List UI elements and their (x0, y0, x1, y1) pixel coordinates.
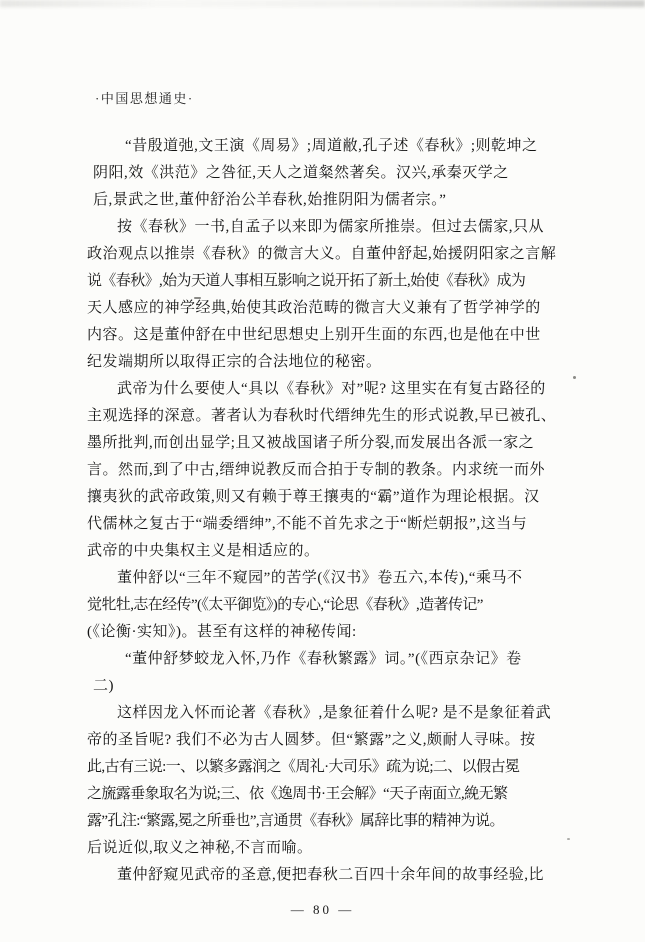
body-line: 帝的圣旨呢? 我们不必为古人圆梦。但“繁露”之义,颇耐人寻味。按 (87, 727, 560, 754)
body-line: 露”孔注:“繁露,冕之所垂也”,言通贯《春秋》属辞比事的精神为说。 (87, 808, 560, 835)
quote-line: 二) (93, 673, 560, 700)
body-line: 言。然而,到了中古,缙绅说教反而合拍于专制的教条。内求统一而外 (87, 457, 560, 484)
body-line: 政治观点以推崇《春秋》的微言大义。自董仲舒起,始援阴阳家之言解 (87, 241, 560, 268)
scan-artifact-top (0, 0, 645, 7)
body-line: 代儒林之复古于“端委缙绅”,不能不首先求之于“断烂朝报”,这当与 (87, 511, 560, 538)
scan-speck (567, 838, 570, 840)
body-line: 之旒露垂象取名为说;三、依《逸周书·王会解》“天子南面立,絻无繁 (87, 781, 560, 808)
quote-line: 阴阳,效《洪范》之咎征,天人之道粲然著矣。汉兴,承秦灭学之 (93, 160, 560, 187)
page-body: “昔殷道弛,文王演《周易》;周道敝,孔子述《春秋》;则乾坤之 阴阳,效《洪范》之… (87, 133, 560, 889)
body-line: 董仲舒窥见武帝的圣意,便把春秋二百四十余年间的故事经验,比 (87, 862, 560, 889)
body-line: 武帝为什么要使人“具以《春秋》对”呢? 这里实在有复古路径的 (87, 376, 560, 403)
body-line: 天人感应的神学经典,始使其政治范畴的微言大义兼有了哲学神学的 (87, 295, 560, 322)
quote-line: “昔殷道弛,文王演《周易》;周道敝,孔子述《春秋》;则乾坤之 (93, 133, 560, 160)
body-line: 这样因龙入怀而论著《春秋》,是象征着什么呢? 是不是象征着武 (87, 700, 560, 727)
body-line: 董仲舒以“三年不窥园”的苦学(《汉书》卷五六,本传),“乘马不 (87, 565, 560, 592)
running-header: ·中国思想通史· (95, 88, 194, 107)
body-line: (《论衡·实知》)。甚至有这样的神秘传闻: (87, 619, 560, 646)
body-line: 觉牝牡,志在经传”(《太平御览》)的专心,“论思《春秋》,造著传记” (87, 592, 560, 619)
book-page: ·中国思想通史· “昔殷道弛,文王演《周易》;周道敝,孔子述《春秋》;则乾坤之 … (0, 0, 645, 942)
body-line: 按《春秋》一书,自孟子以来即为儒家所推崇。但过去儒家,只从 (87, 214, 560, 241)
body-line: 纪发端期所以取得正宗的合法地位的秘密。 (87, 349, 560, 376)
quote-line: “董仲舒梦蛟龙入怀,乃作《春秋繁露》词。”(《西京杂记》卷 (93, 646, 560, 673)
body-line: 内容。这是董仲舒在中世纪思想史上别开生面的东西,也是他在中世 (87, 322, 560, 349)
page-number: — 80 — (0, 902, 645, 918)
body-line: 攘夷狄的武帝政策,则又有赖于尊王攘夷的“霸”道作为理论根据。汉 (87, 484, 560, 511)
body-line: 主观选择的深意。著者认为春秋时代缙绅先生的形式说教,早已被孔、 (87, 403, 560, 430)
body-line: 后说近似,取义之神秘,不言而喻。 (87, 835, 560, 862)
body-line: 墨所批判,而创出显学;且又被战国诸子所分裂,而发展出各派一家之 (87, 430, 560, 457)
scan-speck (194, 297, 201, 299)
body-line: 此,古有三说:一、以繁多露润之《周礼·大司乐》疏为说;二、以假古冕 (87, 754, 560, 781)
body-line: 说《春秋》,始为天道人事相互影响之说开拓了新土,始使《春秋》成为 (87, 268, 560, 295)
scan-speck (573, 376, 576, 379)
quote-line: 后,景武之世,董仲舒治公羊春秋,始推阴阳为儒者宗。” (93, 187, 560, 214)
body-line: 武帝的中央集权主义是相适应的。 (87, 538, 560, 565)
